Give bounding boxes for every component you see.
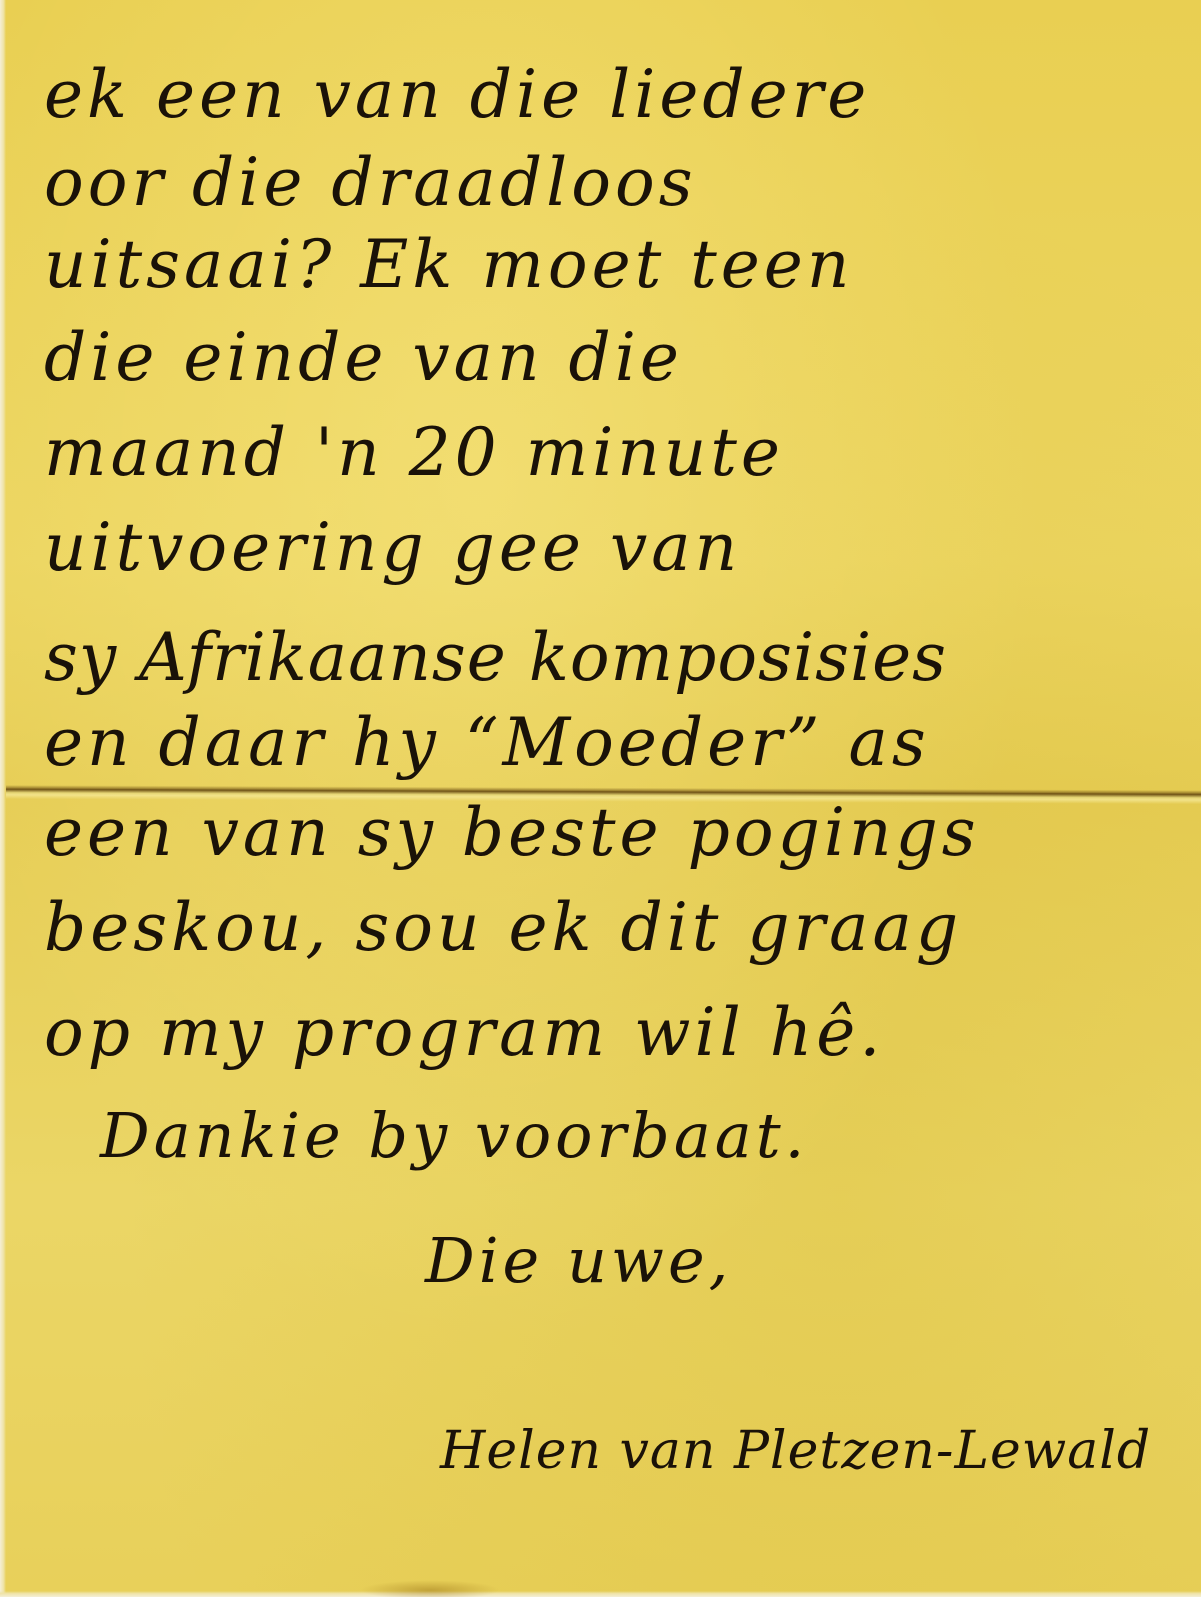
letter-line-4: die einde van die xyxy=(44,325,683,391)
paper-stain xyxy=(360,1580,500,1597)
letter-line-5: maand 'n 20 minute xyxy=(44,420,784,486)
letter-page: ek een van die liedere oor die draadloos… xyxy=(0,0,1201,1597)
letter-line-2: oor die draadloos xyxy=(44,150,697,216)
paper-bottom-edge xyxy=(0,1591,1201,1597)
letter-signature: Helen van Pletzen-Lewald xyxy=(440,1425,1151,1477)
letter-line-3: uitsaai? Ek moet teen xyxy=(44,232,853,298)
letter-line-6: uitvoering gee van xyxy=(44,515,741,581)
letter-closing: Die uwe, xyxy=(425,1230,732,1292)
letter-line-8: en daar hy “Moeder” as xyxy=(44,710,930,776)
letter-line-9: een van sy beste pogings xyxy=(44,800,980,866)
letter-line-1: ek een van die liedere xyxy=(44,62,870,128)
letter-line-11: op my program wil hê. xyxy=(44,1000,884,1066)
letter-thanks: Dankie by voorbaat. xyxy=(100,1105,808,1167)
letter-line-7: sy Afrikaanse komposisies xyxy=(44,625,947,691)
letter-line-10: beskou, sou ek dit graag xyxy=(44,895,962,961)
